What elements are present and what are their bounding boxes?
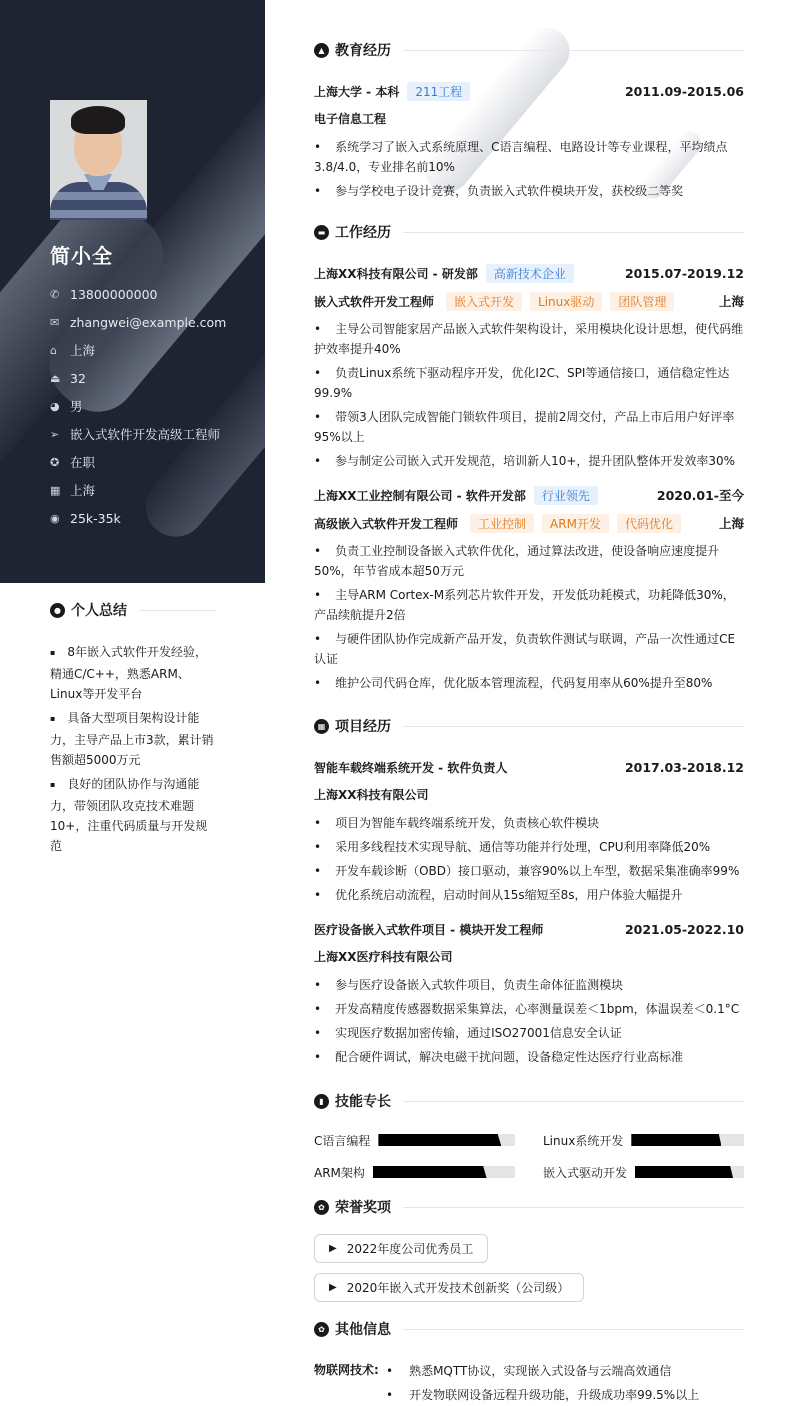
other-section: ✿ 其他信息 物联网技术: 熟悉MQTT协议，实现嵌入式设备与云端高效通信 开发…	[314, 1319, 744, 1406]
skill-bar	[635, 1166, 744, 1178]
profile-panel: 简小全 ✆13800000000 ✉zhangwei@example.com ⌂…	[0, 0, 265, 583]
award-icon: ✿	[314, 1200, 329, 1215]
divider	[403, 1101, 744, 1102]
contact-list: ✆13800000000 ✉zhangwei@example.com ⌂上海 ⏏…	[50, 280, 226, 532]
section-heading: ✿ 其他信息	[314, 1319, 744, 1339]
list-item: 开发物联网设备远程升级功能，升级成功率99.5%以上	[382, 1385, 699, 1405]
other-label: 物联网技术:	[314, 1361, 382, 1406]
list-item: 主导公司智能家居产品嵌入式软件架构设计，采用模块化设计思想，使代码维护效率提升4…	[314, 319, 744, 359]
skill-tag: 嵌入式开发	[446, 292, 522, 311]
other-list: 熟悉MQTT协议，实现嵌入式设备与云端高效通信 开发物联网设备远程升级功能，升级…	[382, 1361, 699, 1406]
award-item: ▶2020年嵌入式开发技术创新奖（公司级）	[314, 1273, 584, 1302]
job-duties: 主导公司智能家居产品嵌入式软件架构设计，采用模块化设计思想，使代码维护效率提升4…	[314, 319, 744, 471]
contact-gender: ◕男	[50, 392, 226, 420]
job-header: 上海XX科技有限公司 - 研发部高新技术企业 2015.07-2019.12	[314, 259, 744, 287]
bar-chart-icon: ▮	[314, 1094, 329, 1109]
skill-grid: C语言编程 Linux系统开发 ARM架构 嵌入式驱动开发	[314, 1131, 744, 1181]
triangle-icon: ▶	[329, 1243, 337, 1254]
section-heading: ▬ 工作经历	[314, 222, 744, 242]
job-duties: 负责工业控制设备嵌入式软件优化，通过算法改进，使设备响应速度提升50%，年节省成…	[314, 541, 744, 693]
list-item: 良好的团队协作与沟通能力，带领团队攻克技术难题10+，注重代码质量与开发规范	[50, 774, 216, 856]
education-header: 上海大学 - 本科211工程 2011.09-2015.06	[314, 77, 744, 105]
list-item: 配合硬件调试，解决电磁干扰问题，设备稳定性达医疗行业高标准	[314, 1047, 744, 1067]
skill-item: Linux系统开发	[543, 1131, 744, 1149]
project-list: 参与医疗设备嵌入式软件项目，负责生命体征监测模块 开发高精度传感器数据采集算法，…	[314, 975, 744, 1067]
list-item: 系统学习了嵌入式系统原理、C语言编程、电路设计等专业课程，平均绩点3.8/4.0…	[314, 137, 744, 177]
project-header: 智能车载终端系统开发 - 软件负责人 2017.03-2018.12	[314, 753, 744, 781]
mail-icon: ✉	[50, 316, 70, 329]
projects-section: ▦ 项目经历 智能车载终端系统开发 - 软件负责人 2017.03-2018.1…	[314, 716, 744, 1071]
divider	[403, 50, 744, 51]
contact-phone: ✆13800000000	[50, 280, 226, 308]
skill-tag: ARM开发	[542, 514, 609, 533]
skill-item: 嵌入式驱动开发	[543, 1163, 744, 1181]
skills-section: ▮ 技能专长 C语言编程 Linux系统开发 ARM架构 嵌入式驱动开发	[314, 1091, 744, 1181]
contact-position: ➢嵌入式软件开发高级工程师	[50, 420, 226, 448]
section-heading: ▮ 技能专长	[314, 1091, 744, 1111]
school-tag: 211工程	[407, 82, 470, 101]
status-icon: ✪	[50, 456, 70, 469]
list-item: 8年嵌入式软件开发经验，精通C/C++，熟悉ARM、Linux等开发平台	[50, 642, 216, 704]
briefcase-icon: ▬	[314, 225, 329, 240]
list-item: 负责Linux系统下驱动程序开发，优化I2C、SPI等通信接口，通信稳定性达99…	[314, 363, 744, 403]
contact-status: ✪在职	[50, 448, 226, 476]
list-item: 实现医疗数据加密传输，通过ISO27001信息安全认证	[314, 1023, 744, 1043]
list-item: 参与医疗设备嵌入式软件项目，负责生命体征监测模块	[314, 975, 744, 995]
job-header: 上海XX工业控制有限公司 - 软件开发部行业领先 2020.01-至今	[314, 481, 744, 509]
triangle-icon: ▶	[329, 1282, 337, 1293]
building-icon: ▦	[50, 484, 70, 497]
list-item: 维护公司代码仓库，优化版本管理流程，代码复用率从60%提升至80%	[314, 673, 744, 693]
divider	[403, 1207, 744, 1208]
paper-plane-icon: ➢	[50, 428, 70, 441]
list-item: 开发高精度传感器数据采集算法，心率测量误差＜1bpm，体温误差＜0.1°C	[314, 999, 744, 1019]
summary-list: 8年嵌入式软件开发经验，精通C/C++，熟悉ARM、Linux等开发平台 具备大…	[50, 642, 216, 856]
project-list: 项目为智能车载终端系统开发，负责核心软件模块 采用多线程技术实现导航、通信等功能…	[314, 813, 744, 905]
list-item: 项目为智能车载终端系统开发，负责核心软件模块	[314, 813, 744, 833]
work-section: ▬ 工作经历 上海XX科技有限公司 - 研发部高新技术企业 2015.07-20…	[314, 222, 744, 697]
company-tag: 行业领先	[534, 486, 598, 505]
phone-icon: ✆	[50, 288, 70, 301]
grid-icon: ▦	[314, 719, 329, 734]
contact-email: ✉zhangwei@example.com	[50, 308, 226, 336]
section-heading: ▦ 项目经历	[314, 716, 744, 736]
contact-age: ⏏32	[50, 364, 226, 392]
education-section: ▲ 教育经历 上海大学 - 本科211工程 2011.09-2015.06 电子…	[314, 40, 744, 205]
divider	[403, 1329, 744, 1330]
job-role: 嵌入式软件开发工程师 嵌入式开发Linux驱动团队管理 上海	[314, 287, 744, 315]
skill-item: ARM架构	[314, 1163, 515, 1181]
user-icon: ●	[50, 603, 65, 618]
list-item: 主导ARM Cortex-M系列芯片软件开发，开发低功耗模式，功耗降低30%，产…	[314, 585, 744, 625]
section-heading: ▲ 教育经历	[314, 40, 744, 60]
awards-section: ✿ 荣誉奖项 ▶2022年度公司优秀员工 ▶2020年嵌入式开发技术创新奖（公司…	[314, 1197, 744, 1312]
list-item: 与硬件团队协作完成新产品开发，负责软件测试与联调，产品一次性通过CE认证	[314, 629, 744, 669]
project-company: 上海XX医疗科技有限公司	[314, 943, 744, 971]
list-item: 开发车载诊断（OBD）接口驱动，兼容90%以上车型，数据采集准确率99%	[314, 861, 744, 881]
salary-icon: ◉	[50, 512, 70, 525]
job-role: 高级嵌入式软件开发工程师 工业控制ARM开发代码优化 上海	[314, 509, 744, 537]
list-item: 优化系统启动流程，启动时间从15s缩短至8s，用户体验大幅提升	[314, 885, 744, 905]
list-item: 参与制定公司嵌入式开发规范，培训新人10+，提升团队整体开发效率30%	[314, 451, 744, 471]
skill-bar	[378, 1134, 515, 1146]
gender-icon: ◕	[50, 400, 70, 413]
section-heading: ✿ 荣誉奖项	[314, 1197, 744, 1217]
list-item: 采用多线程技术实现导航、通信等功能并行处理，CPU利用率降低20%	[314, 837, 744, 857]
home-icon: ⌂	[50, 344, 70, 357]
project-header: 医疗设备嵌入式软件项目 - 模块开发工程师 2021.05-2022.10	[314, 915, 744, 943]
major: 电子信息工程	[314, 105, 744, 133]
age-icon: ⏏	[50, 372, 70, 385]
list-item: 参与学校电子设计竞赛，负责嵌入式软件模块开发，获校级二等奖	[314, 181, 744, 201]
contact-salary: ◉25k-35k	[50, 504, 226, 532]
contact-location: ⌂上海	[50, 336, 226, 364]
graduation-cap-icon: ▲	[314, 43, 329, 58]
sidebar: 简小全 ✆13800000000 ✉zhangwei@example.com ⌂…	[0, 0, 265, 1406]
list-item: 具备大型项目架构设计能力，主导产品上市3款，累计销售额超5000万元	[50, 708, 216, 770]
award-item: ▶2022年度公司优秀员工	[314, 1234, 488, 1263]
section-heading: ● 个人总结	[50, 600, 216, 620]
skill-bar	[373, 1166, 515, 1178]
contact-city: ▦上海	[50, 476, 226, 504]
skill-tag: 团队管理	[610, 292, 674, 311]
divider	[403, 726, 744, 727]
skill-tag: 工业控制	[470, 514, 534, 533]
company-tag: 高新技术企业	[486, 264, 574, 283]
candidate-name: 简小全	[50, 240, 113, 269]
education-list: 系统学习了嵌入式系统原理、C语言编程、电路设计等专业课程，平均绩点3.8/4.0…	[314, 137, 744, 201]
project-company: 上海XX科技有限公司	[314, 781, 744, 809]
list-item: 熟悉MQTT协议，实现嵌入式设备与云端高效通信	[382, 1361, 699, 1381]
skill-item: C语言编程	[314, 1131, 515, 1149]
divider	[403, 232, 744, 233]
skill-bar	[631, 1134, 744, 1146]
list-item: 带领3人团队完成智能门锁软件项目，提前2周交付，产品上市后用户好评率95%以上	[314, 407, 744, 447]
divider	[139, 610, 216, 611]
avatar	[50, 100, 147, 220]
list-item: 负责工业控制设备嵌入式软件优化，通过算法改进，使设备响应速度提升50%，年节省成…	[314, 541, 744, 581]
education-period: 2011.09-2015.06	[625, 84, 744, 99]
info-icon: ✿	[314, 1322, 329, 1337]
summary-section: ● 个人总结 8年嵌入式软件开发经验，精通C/C++，熟悉ARM、Linux等开…	[50, 600, 216, 860]
skill-tag: Linux驱动	[530, 292, 602, 311]
skill-tag: 代码优化	[617, 514, 681, 533]
other-info: 物联网技术: 熟悉MQTT协议，实现嵌入式设备与云端高效通信 开发物联网设备远程…	[314, 1361, 744, 1406]
